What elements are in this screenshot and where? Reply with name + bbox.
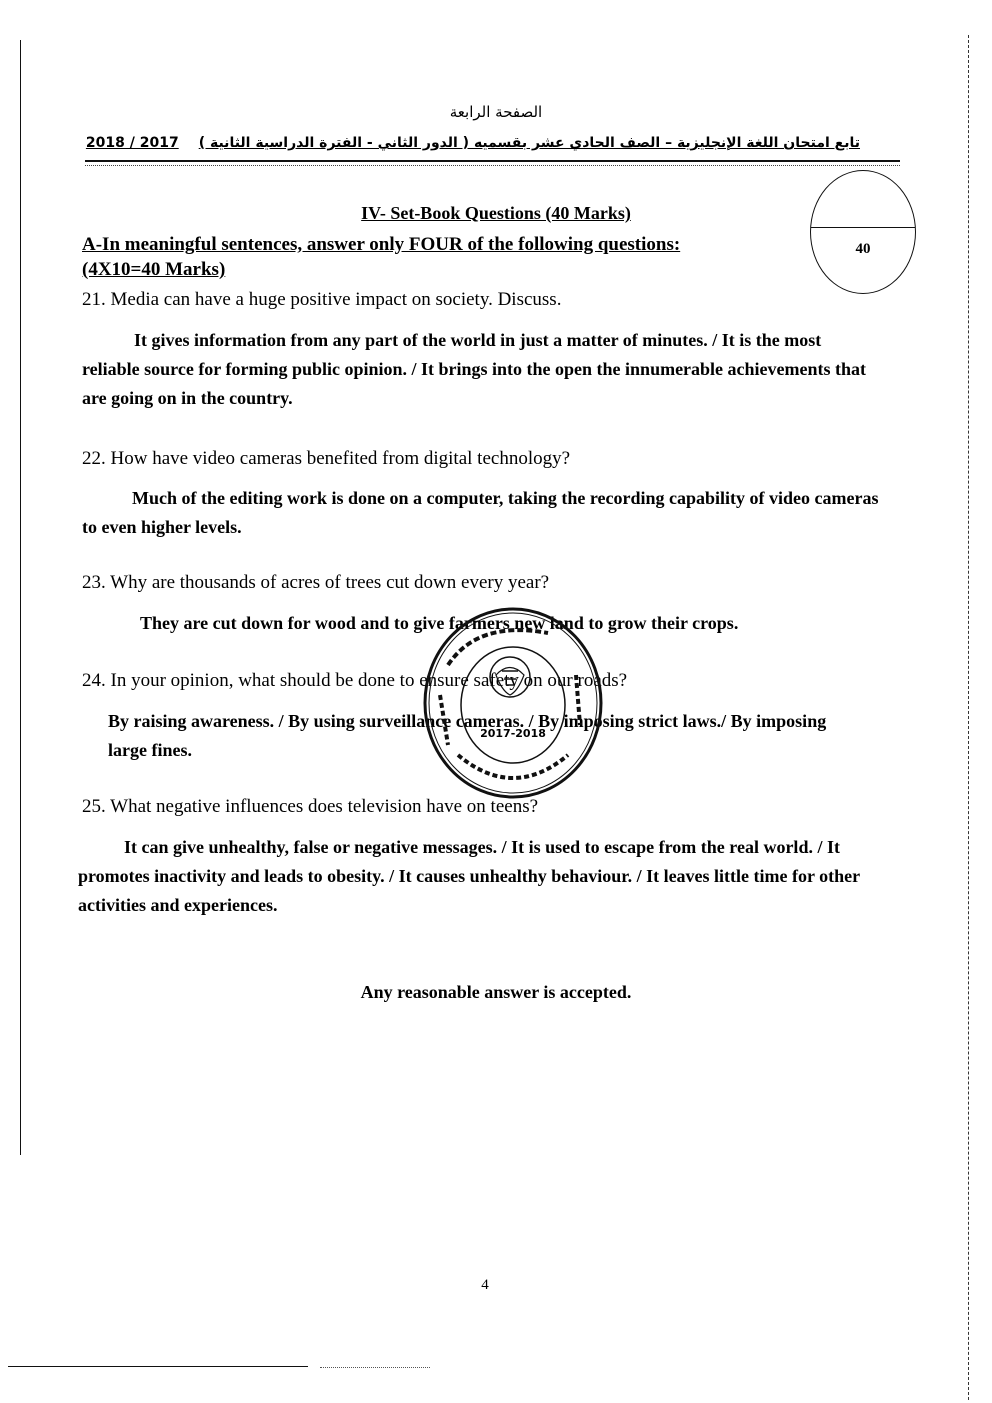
instruction-line-2: (4X10=40 Marks) bbox=[82, 257, 802, 282]
score-total: 40 bbox=[811, 241, 915, 258]
exam-header: تابع امتحان اللغة الإنجليزية – الصف الحا… bbox=[80, 135, 860, 151]
question-21: 21. Media can have a huge positive impac… bbox=[82, 287, 902, 312]
header-rule bbox=[85, 160, 900, 162]
answer-25: It can give unhealthy, false or negative… bbox=[78, 833, 878, 920]
footer-rule-dotted bbox=[320, 1367, 430, 1368]
stamp-year: 2017-2018 bbox=[480, 727, 546, 740]
score-divider bbox=[811, 227, 915, 228]
answer-22: Much of the editing work is done on a co… bbox=[82, 484, 897, 542]
answer-21: It gives information from any part of th… bbox=[82, 326, 882, 413]
footer-rule bbox=[8, 1366, 308, 1367]
question-22: 22. How have video cameras benefited fro… bbox=[82, 446, 902, 471]
score-circle: 40 bbox=[810, 170, 916, 294]
page-label: الصفحة الرابعة bbox=[0, 103, 992, 121]
section-instruction: A-In meaningful sentences, answer only F… bbox=[82, 232, 802, 282]
exam-title: تابع امتحان اللغة الإنجليزية – الصف الحا… bbox=[199, 135, 860, 151]
header-rule-dotted bbox=[85, 165, 900, 166]
instruction-line-1: A-In meaningful sentences, answer only F… bbox=[82, 232, 802, 257]
question-23: 23. Why are thousands of acres of trees … bbox=[82, 570, 902, 595]
official-seal-icon: 2017-2018 bbox=[418, 605, 608, 801]
page-number: 4 bbox=[470, 1277, 500, 1294]
exam-year: 2018 / 2017 bbox=[86, 135, 179, 151]
grading-note: Any reasonable answer is accepted. bbox=[0, 982, 992, 1003]
right-margin-line bbox=[968, 35, 969, 1400]
